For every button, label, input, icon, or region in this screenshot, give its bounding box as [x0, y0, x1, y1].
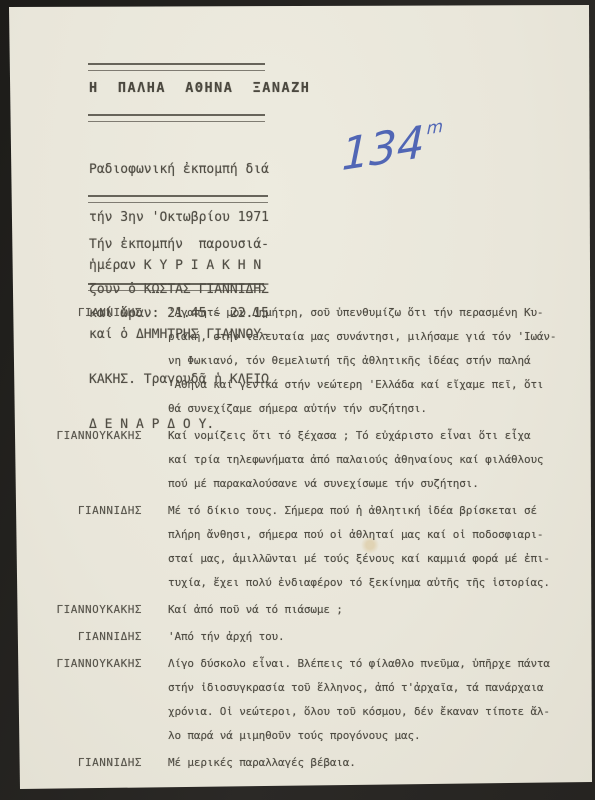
- speech-line: σταί μας, ἁμιλλῶνται μέ τούς ξένους καί …: [168, 547, 550, 571]
- speaker-label: ΓΙΑΝΝΙΔΗΣ: [0, 625, 142, 649]
- scan-background: Η ΠΑΛΗΑ ΑΘΗΝΑ ΞΑΝΑΖΗ Ραδιοφωνική ἐκπομπή…: [0, 0, 595, 800]
- speech-text: 'Αγαπητέ μου Δημήτρη, σοῦ ὑπενθυμίζω ὅτι…: [168, 301, 556, 421]
- speaker-label: ΓΙΑΝΝΟΥΚΑΚΗΣ: [0, 598, 142, 622]
- speech-text: Μέ μερικές παραλλαγές βέβαια.: [168, 751, 356, 775]
- speaker-label: ΓΙΑΝΝΟΥΚΑΚΗΣ: [0, 652, 142, 676]
- speech-text: Μέ τό δίκιο τους. Σήμερα πού ἡ ἀθλητική …: [168, 499, 550, 595]
- dialogue-entry: ΓΙΑΝΝΟΥΚΑΚΗΣ Καί νομίζεις ὅτι τό ξέχασα …: [0, 424, 595, 496]
- dialogue-entry: ΓΙΑΝΝΙΔΗΣ 'Από τήν ἀρχή του.: [0, 625, 595, 649]
- speaker-label: ΓΙΑΝΝΙΔΗΣ: [0, 751, 142, 775]
- speech-line: πού μέ παρακαλούσανε νά συνεχίσωμε τήν σ…: [168, 472, 543, 496]
- speech-line: στήν ἰδιοσυγκρασία τοῦ ἕλληνος, ἀπό τ'ἀρ…: [168, 676, 550, 700]
- speech-text: Καί ἀπό ποῦ νά τό πιάσωμε ;: [168, 598, 343, 622]
- speech-line: καί τρία τηλεφωνήματα ἀπό παλαιούς ἀθηνα…: [168, 448, 543, 472]
- speech-line: τυχία, ἔχει πολύ ἐνδιαφέρον τό ξεκίνημα …: [168, 571, 550, 595]
- speech-line: Καί νομίζεις ὅτι τό ξέχασα ; Τό εὐχάριστ…: [168, 424, 543, 448]
- speech-line: χρόνια. Οἱ νεώτεροι, ὅλου τοῦ κόσμου, δέ…: [168, 700, 550, 724]
- speech-line: πλήρη ἄνθησι, σήμερα πού οἱ ἀθληταί μας …: [168, 523, 550, 547]
- speech-text: Λίγο δύσκολο εἶναι. Βλέπεις τό φίλαθλο π…: [168, 652, 550, 748]
- dialogue-entry: ΓΙΑΝΝΙΔΗΣ Μέ μερικές παραλλαγές βέβαια.: [0, 751, 595, 775]
- page-title: Η ΠΑΛΗΑ ΑΘΗΝΑ ΞΑΝΑΖΗ: [89, 80, 310, 96]
- divider-top: [88, 63, 265, 71]
- speech-line: 'Αθήνα καί γενικά στήν νεώτερη 'Ελλάδα κ…: [168, 373, 556, 397]
- handwritten-page-number: 134m: [341, 114, 442, 182]
- dialogue-script: ΓΙΑΝΝΙΔΗΣ 'Αγαπητέ μου Δημήτρη, σοῦ ὑπεν…: [0, 301, 595, 778]
- speech-line: νη Φωκιανό, τόν θεμελιωτή τῆς ἀθλητικῆς …: [168, 349, 556, 373]
- speech-line: Καί ἀπό ποῦ νά τό πιάσωμε ;: [168, 598, 343, 622]
- document-page: Η ΠΑΛΗΑ ΑΘΗΝΑ ΞΑΝΑΖΗ Ραδιοφωνική ἐκπομπή…: [0, 0, 595, 800]
- speaker-label: ΓΙΑΝΝΟΥΚΑΚΗΣ: [0, 424, 142, 448]
- speech-line: Λίγο δύσκολο εἶναι. Βλέπεις τό φίλαθλο π…: [168, 652, 550, 676]
- speech-line: Μέ τό δίκιο τους. Σήμερα πού ἡ ἀθλητική …: [168, 499, 550, 523]
- speaker-label: ΓΙΑΝΝΙΔΗΣ: [0, 301, 142, 325]
- speech-text: Καί νομίζεις ὅτι τό ξέχασα ; Τό εὐχάριστ…: [168, 424, 543, 496]
- speech-text: 'Από τήν ἀρχή του.: [168, 625, 285, 649]
- speech-line: Μέ μερικές παραλλαγές βέβαια.: [168, 751, 356, 775]
- divider-mid: [88, 195, 268, 203]
- handwritten-number: 134: [341, 116, 425, 181]
- dialogue-entry: ΓΙΑΝΝΙΔΗΣ Μέ τό δίκιο τους. Σήμερα πού ἡ…: [0, 499, 595, 595]
- dialogue-entry: ΓΙΑΝΝΟΥΚΑΚΗΣ Καί ἀπό ποῦ νά τό πιάσωμε ;: [0, 598, 595, 622]
- speaker-label: ΓΙΑΝΝΙΔΗΣ: [0, 499, 142, 523]
- speech-line: λο παρά νά μιμηθοῦν τούς προγόνους μας.: [168, 724, 550, 748]
- speech-line: ριακή, στήν τελευταία μας συνάντησι, μιλ…: [168, 325, 556, 349]
- divider-under-title: [88, 114, 265, 122]
- handwritten-superscript-mark: m: [427, 117, 443, 140]
- page-content: Η ΠΑΛΗΑ ΑΘΗΝΑ ΞΑΝΑΖΗ Ραδιοφωνική ἐκπομπή…: [0, 0, 595, 800]
- dialogue-entry: ΓΙΑΝΝΙΔΗΣ 'Αγαπητέ μου Δημήτρη, σοῦ ὑπεν…: [0, 301, 595, 421]
- speech-line: 'Αγαπητέ μου Δημήτρη, σοῦ ὑπενθυμίζω ὅτι…: [168, 301, 556, 325]
- presenters-line: Τήν ἐκπομπήν παρουσιά-: [89, 237, 269, 252]
- broadcast-line: Ραδιοφωνική ἐκπομπή διά: [89, 162, 269, 178]
- speech-line: 'Από τήν ἀρχή του.: [168, 625, 285, 649]
- divider-bottom: [88, 283, 264, 291]
- dialogue-entry: ΓΙΑΝΝΟΥΚΑΚΗΣ Λίγο δύσκολο εἶναι. Βλέπεις…: [0, 652, 595, 748]
- speech-line: θά συνεχίζαμε σήμερα αὐτήν τήν συζήτησι.: [168, 397, 556, 421]
